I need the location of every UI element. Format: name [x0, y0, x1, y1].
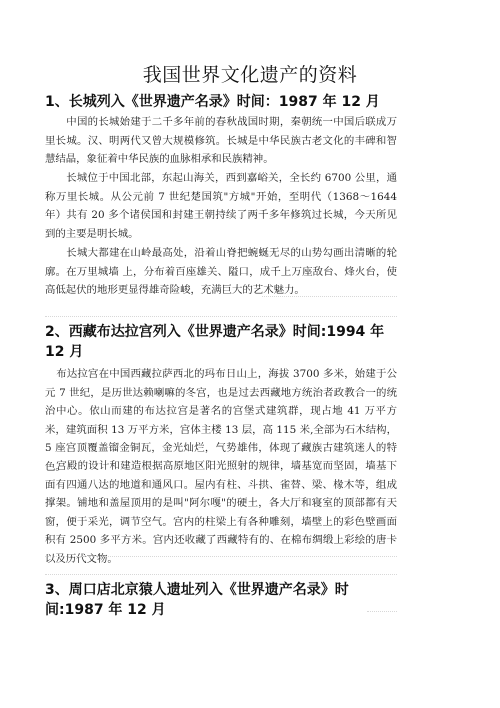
dotted-separator: [45, 556, 397, 557]
section-1-paragraph-2: 长城位于中国北部，东起山海关，西到嘉峪关，全长约 6700 公里，通称万里长城。…: [45, 169, 397, 243]
section-heading-3: 3、周口店北京猿人遗址列入《世界遗产名录》时间:1987 年 12 月: [45, 580, 400, 620]
document-page: 我国世界文化遗产的资料 1、长城列入《世界遗产名录》时间：1987 年 12 月…: [0, 0, 500, 708]
dotted-leader: [262, 296, 397, 297]
dotted-leader: [367, 611, 397, 612]
section-2-paragraph-2: 宫殿的设计和建造根据高原地区阳光照射的规律，墙基宽而坚固，墙基下面有四通八达的地…: [45, 457, 397, 569]
section-1-paragraph-3: 长城大都建在山岭最高处，沿着山脊把蜿蜒无尽的山势勾画出清晰的轮廓。在万里城墙 上…: [45, 244, 397, 300]
document-title: 我国世界文化遗产的资料: [0, 60, 500, 87]
dotted-separator: [45, 574, 397, 575]
section-heading-1: 1、长城列入《世界遗产名录》时间：1987 年 12 月: [45, 92, 400, 112]
section-1-paragraph-1: 中国的长城始建于二千多年前的春秋战国时期，秦朝统一中国后联成万里长城。汉、明两代…: [45, 113, 397, 169]
dotted-separator: [45, 316, 397, 317]
section-heading-2: 2、西藏布达拉宫列入《世界遗产名录》时间:1994 年 12 月: [45, 322, 400, 362]
